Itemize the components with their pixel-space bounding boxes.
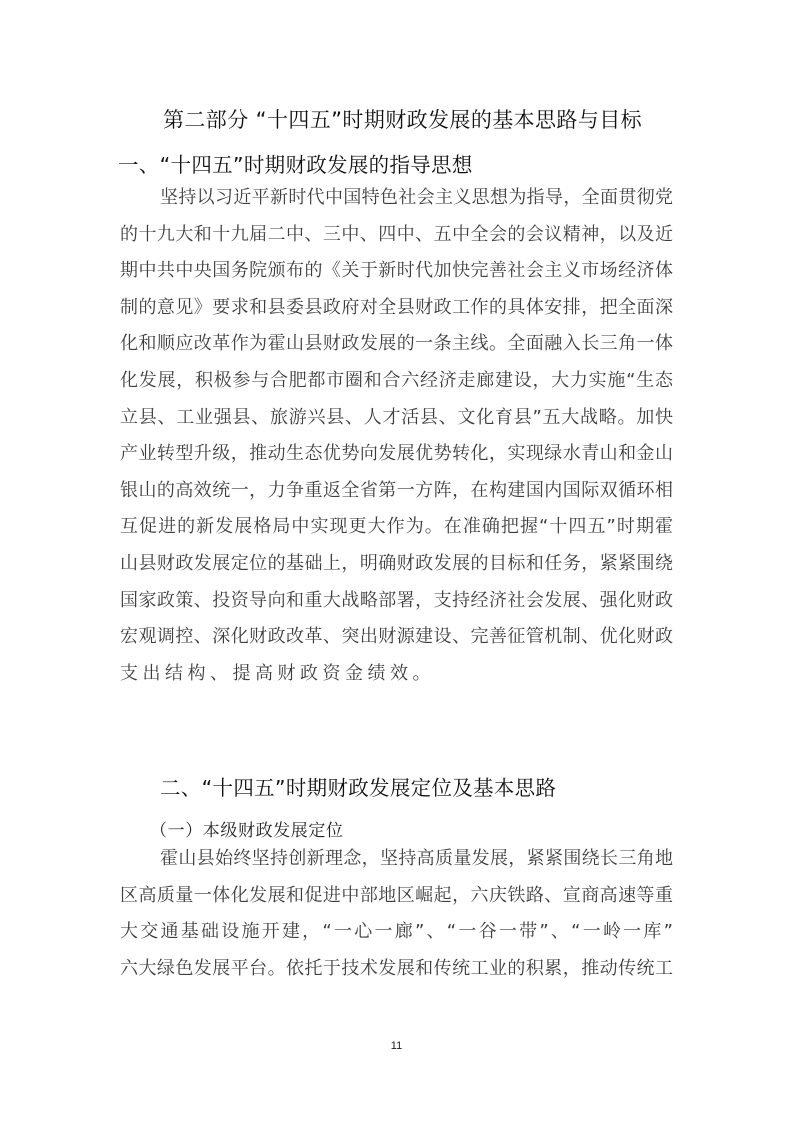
paragraph-guiding-ideology: 坚持以习近平新时代中国特色社会主义思想为指导，全面贯彻党 的十九大和十九届二中、… (120, 180, 673, 692)
paragraph-line: 区高质量一体化发展和促进中部地区崛起，六庆铁路、宣商高速等重 (120, 878, 673, 915)
paragraph-line: 大交通基础设施开建，“一心一廊”、“一谷一带”、“一岭一库” (120, 914, 673, 951)
paragraph-line: 化和顺应改革作为霍山县财政发展的一条主线。全面融入长三角一体 (120, 326, 673, 363)
page-number: 11 (0, 1040, 793, 1052)
section-heading-positioning: 二、“十四五”时期财政发展定位及基本思路 (160, 771, 556, 801)
paragraph-line: 国家政策、投资导向和重大战略部署，支持经济社会发展、强化财政 (120, 583, 673, 620)
paragraph-line: 制的意见》要求和县委县政府对全县财政工作的具体安排，把全面深 (120, 290, 673, 327)
subsection-heading-positioning: （一）本级财政发展定位 (150, 816, 344, 841)
paragraph-line: 期中共中央国务院颁布的《关于新时代加快完善社会主义市场经济体 (120, 253, 673, 290)
paragraph-line: 立县、工业强县、旅游兴县、人才活县、文化育县”五大战略。加快 (120, 400, 673, 437)
paragraph-line: 的十九大和十九届二中、三中、四中、五中全会的会议精神，以及近 (120, 217, 673, 254)
document-page: 第二部分 “十四五”时期财政发展的基本思路与目标 一、“十四五”时期财政发展的指… (0, 0, 793, 1122)
paragraph-line: 六大绿色发展平台。依托于技术发展和传统工业的积累，推动传统工 (120, 951, 673, 988)
paragraph-line: 坚持以习近平新时代中国特色社会主义思想为指导，全面贯彻党 (120, 180, 673, 217)
paragraph-line: 山县财政发展定位的基础上，明确财政发展的目标和任务，紧紧围绕 (120, 546, 673, 583)
paragraph-positioning: 霍山县始终坚持创新理念，坚持高质量发展，紧紧围绕长三角地 区高质量一体化发展和促… (120, 841, 673, 987)
paragraph-line: 产业转型升级，推动生态优势向发展优势转化，实现绿水青山和金山 (120, 436, 673, 473)
paragraph-line: 支出结构、提高财政资金绩效。 (120, 656, 673, 693)
part-title: 第二部分 “十四五”时期财政发展的基本思路与目标 (163, 104, 642, 134)
paragraph-line: 互促进的新发展格局中实现更大作为。在准确把握“十四五”时期霍 (120, 509, 673, 546)
paragraph-line: 宏观调控、深化财政改革、突出财源建设、完善征管机制、优化财政 (120, 619, 673, 656)
paragraph-line: 银山的高效统一，力争重返全省第一方阵，在构建国内国际双循环相 (120, 473, 673, 510)
paragraph-line: 化发展，积极参与合肥都市圈和合六经济走廊建设，大力实施“生态 (120, 363, 673, 400)
paragraph-line: 霍山县始终坚持创新理念，坚持高质量发展，紧紧围绕长三角地 (120, 841, 673, 878)
section-heading-guiding-ideology: 一、“十四五”时期财政发展的指导思想 (118, 148, 473, 178)
